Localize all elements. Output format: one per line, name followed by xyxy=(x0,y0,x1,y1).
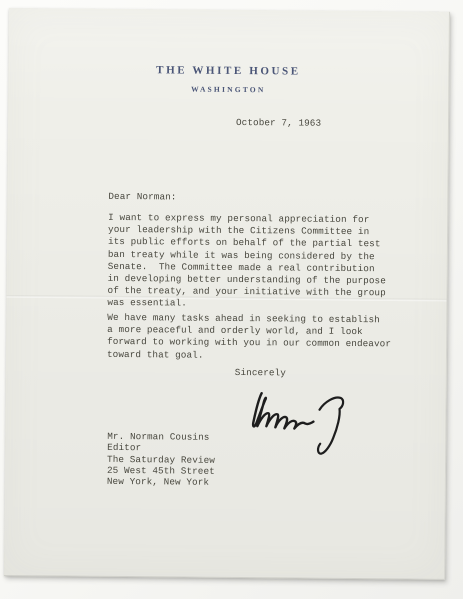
recipient-address-block: Mr. Norman Cousins Editor The Saturday R… xyxy=(107,431,215,488)
letterhead-subtitle: WASHINGTON xyxy=(8,83,448,96)
closing-sincerely: Sincerely xyxy=(235,367,286,378)
letter-paper: THE WHITE HOUSE WASHINGTON October 7, 19… xyxy=(4,8,450,580)
jfk-signature xyxy=(236,386,357,469)
photo-backdrop: THE WHITE HOUSE WASHINGTON October 7, 19… xyxy=(0,0,463,599)
letterhead-title: THE WHITE HOUSE xyxy=(8,63,448,79)
salutation: Dear Norman: xyxy=(108,191,176,203)
date-line: October 7, 1963 xyxy=(236,117,321,129)
body-paragraph-2: We have many tasks ahead in seeking to e… xyxy=(107,312,391,363)
